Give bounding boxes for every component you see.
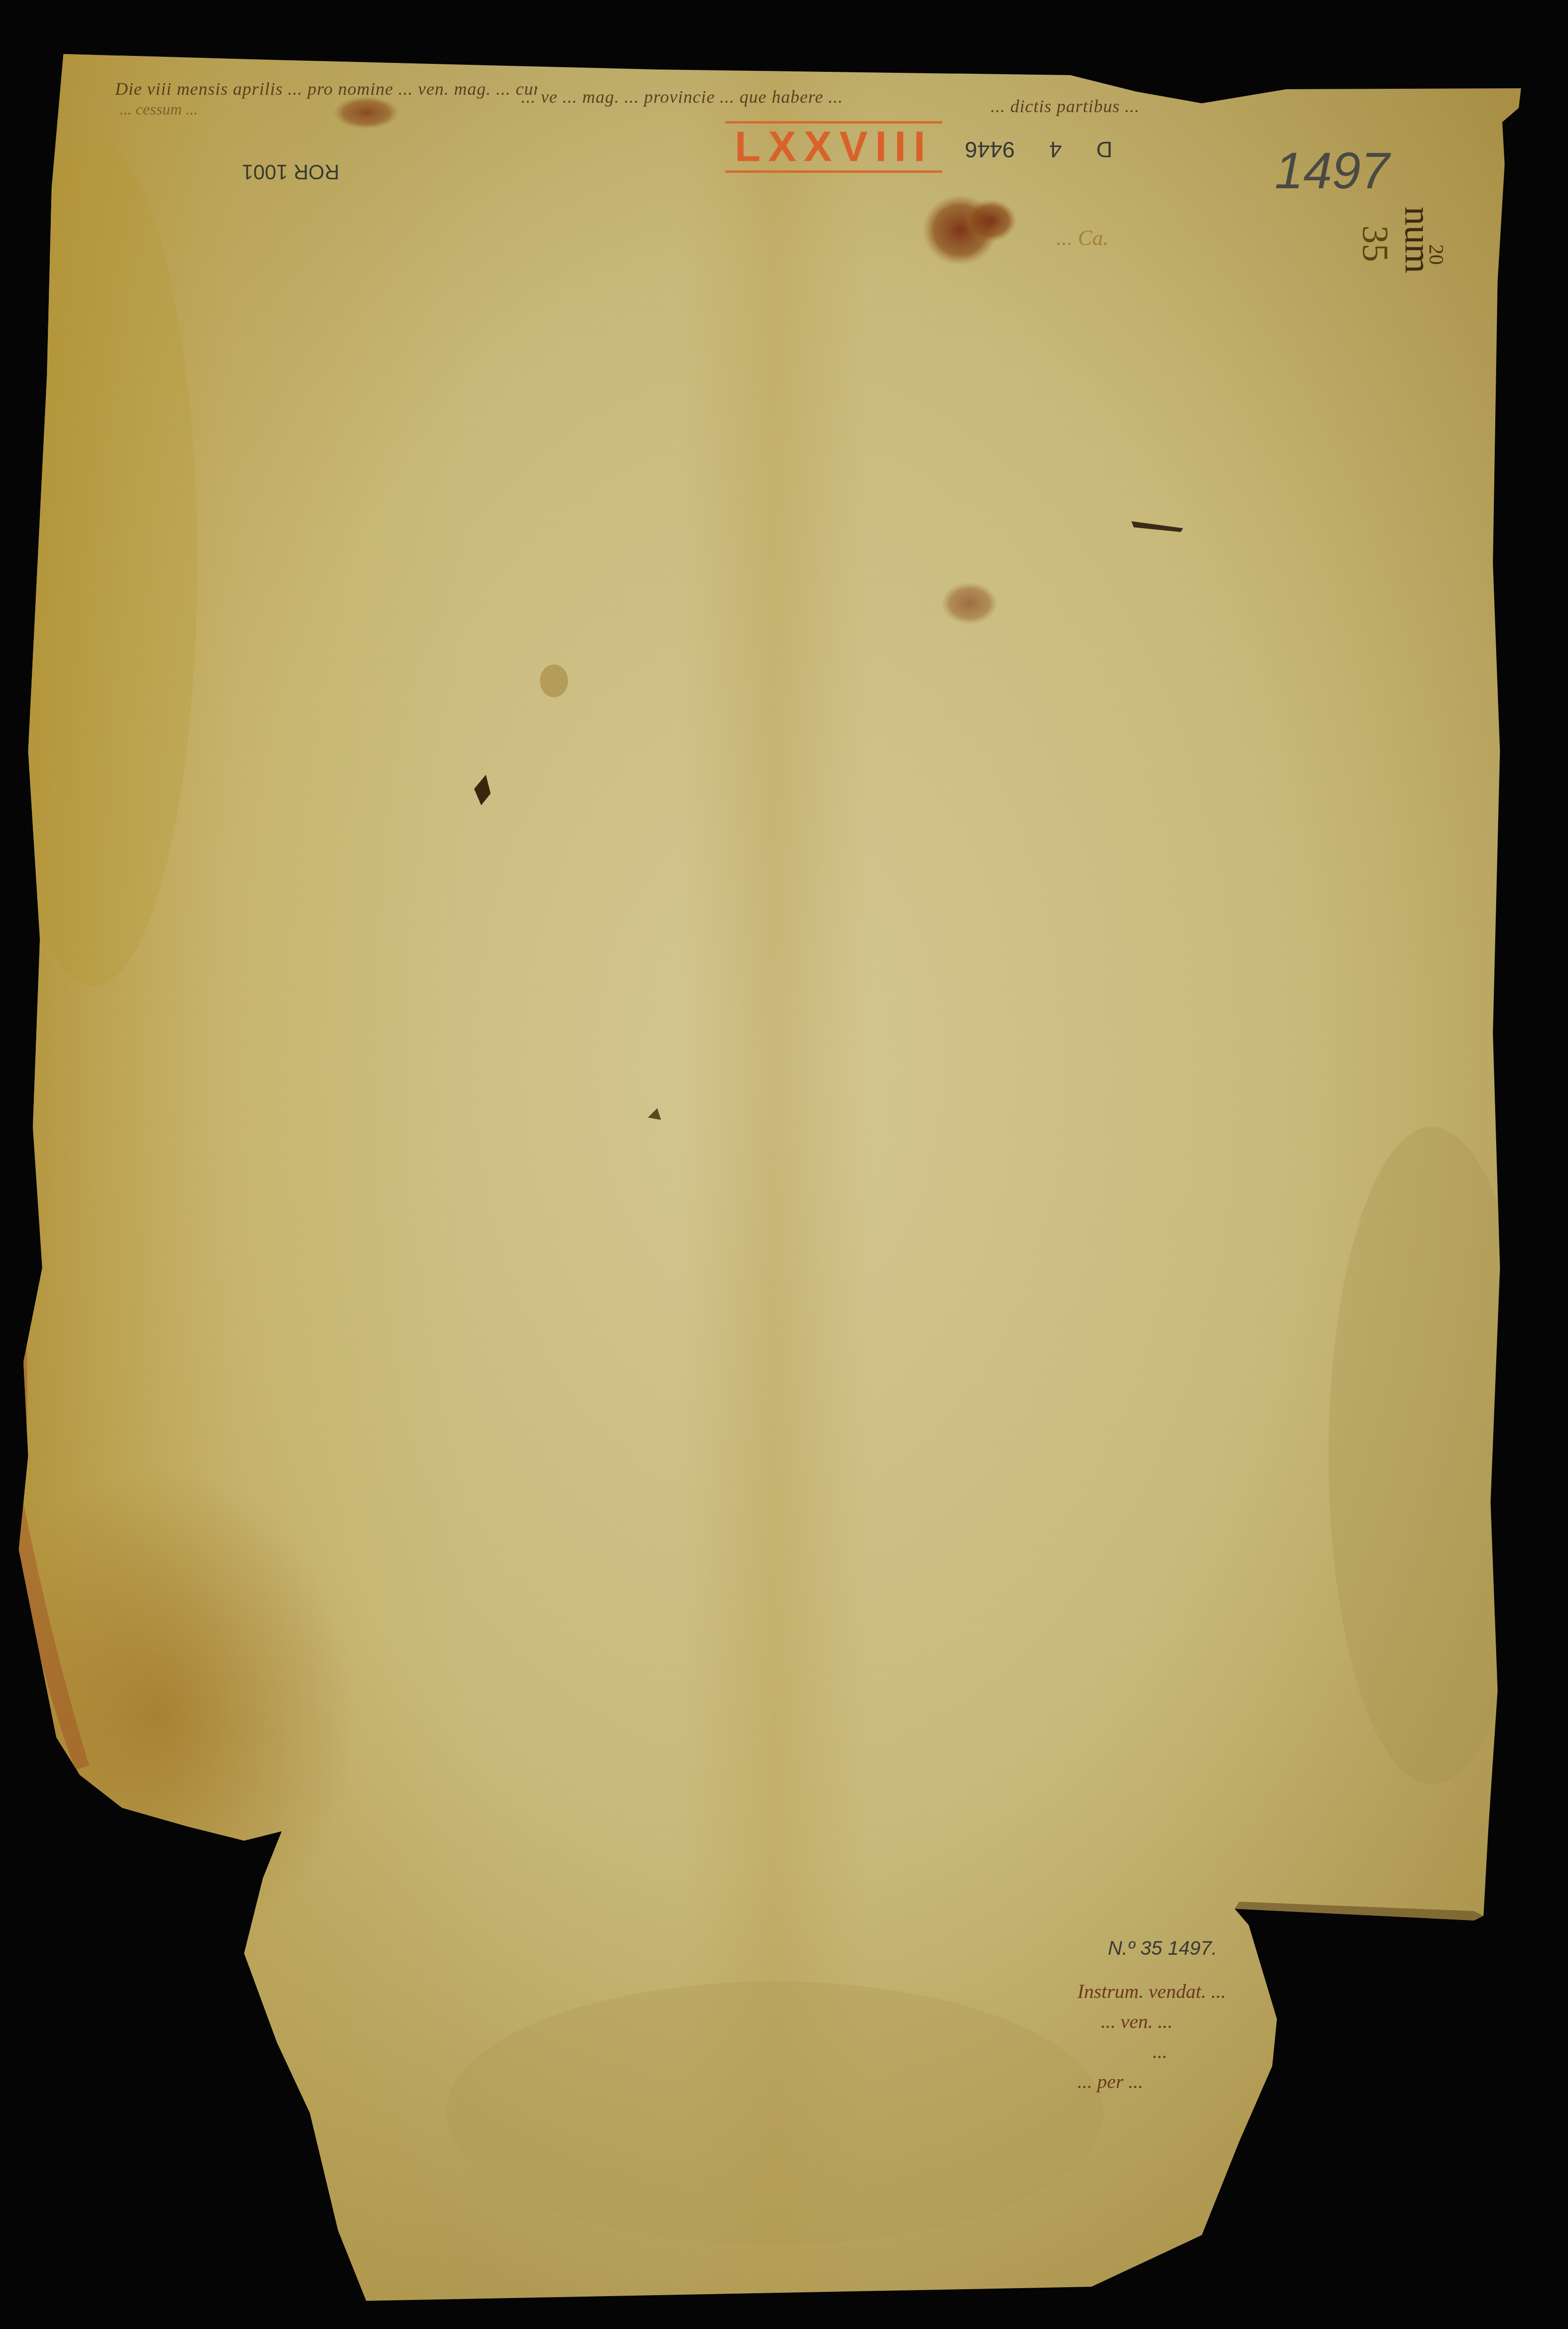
parchment-scan	[0, 0, 1568, 2329]
header-text-line-1-middle: ... ve ... mag. ... provincie ... que ha…	[521, 87, 991, 108]
header-text-line-1-right: ... dictis partibus ...	[991, 96, 1507, 117]
header-text-line-1: Die viii mensis aprilis ... pro nomine .…	[115, 79, 538, 100]
red-roman-numeral: LXXVIII	[725, 121, 942, 173]
pencil-mark-year: 1497	[1275, 141, 1390, 201]
rotated-number: 35	[1354, 225, 1397, 262]
faint-margin-note: ... Ca.	[1056, 225, 1108, 250]
dorsal-note-line: ... per ...	[1077, 2067, 1275, 2097]
pencil-mark-top-center: D 4 9446	[965, 136, 1113, 162]
dorsal-note-line: ... ven. ...	[1077, 2007, 1275, 2037]
pencil-mark-top-left: ROR 1001	[242, 160, 339, 183]
bottom-reference-number: N.º 35 1497.	[1108, 1937, 1217, 1959]
dorsal-note-line: ...	[1077, 2037, 1275, 2067]
small-margin-number: 20	[1424, 244, 1448, 265]
header-text-line-2: ... cessum ...	[120, 101, 448, 119]
bottom-dorsal-note: Instrum. vendat. ... ... ven. ... ... ..…	[1077, 1977, 1275, 2097]
dorsal-note-line: Instrum. vendat. ...	[1077, 1977, 1275, 2007]
